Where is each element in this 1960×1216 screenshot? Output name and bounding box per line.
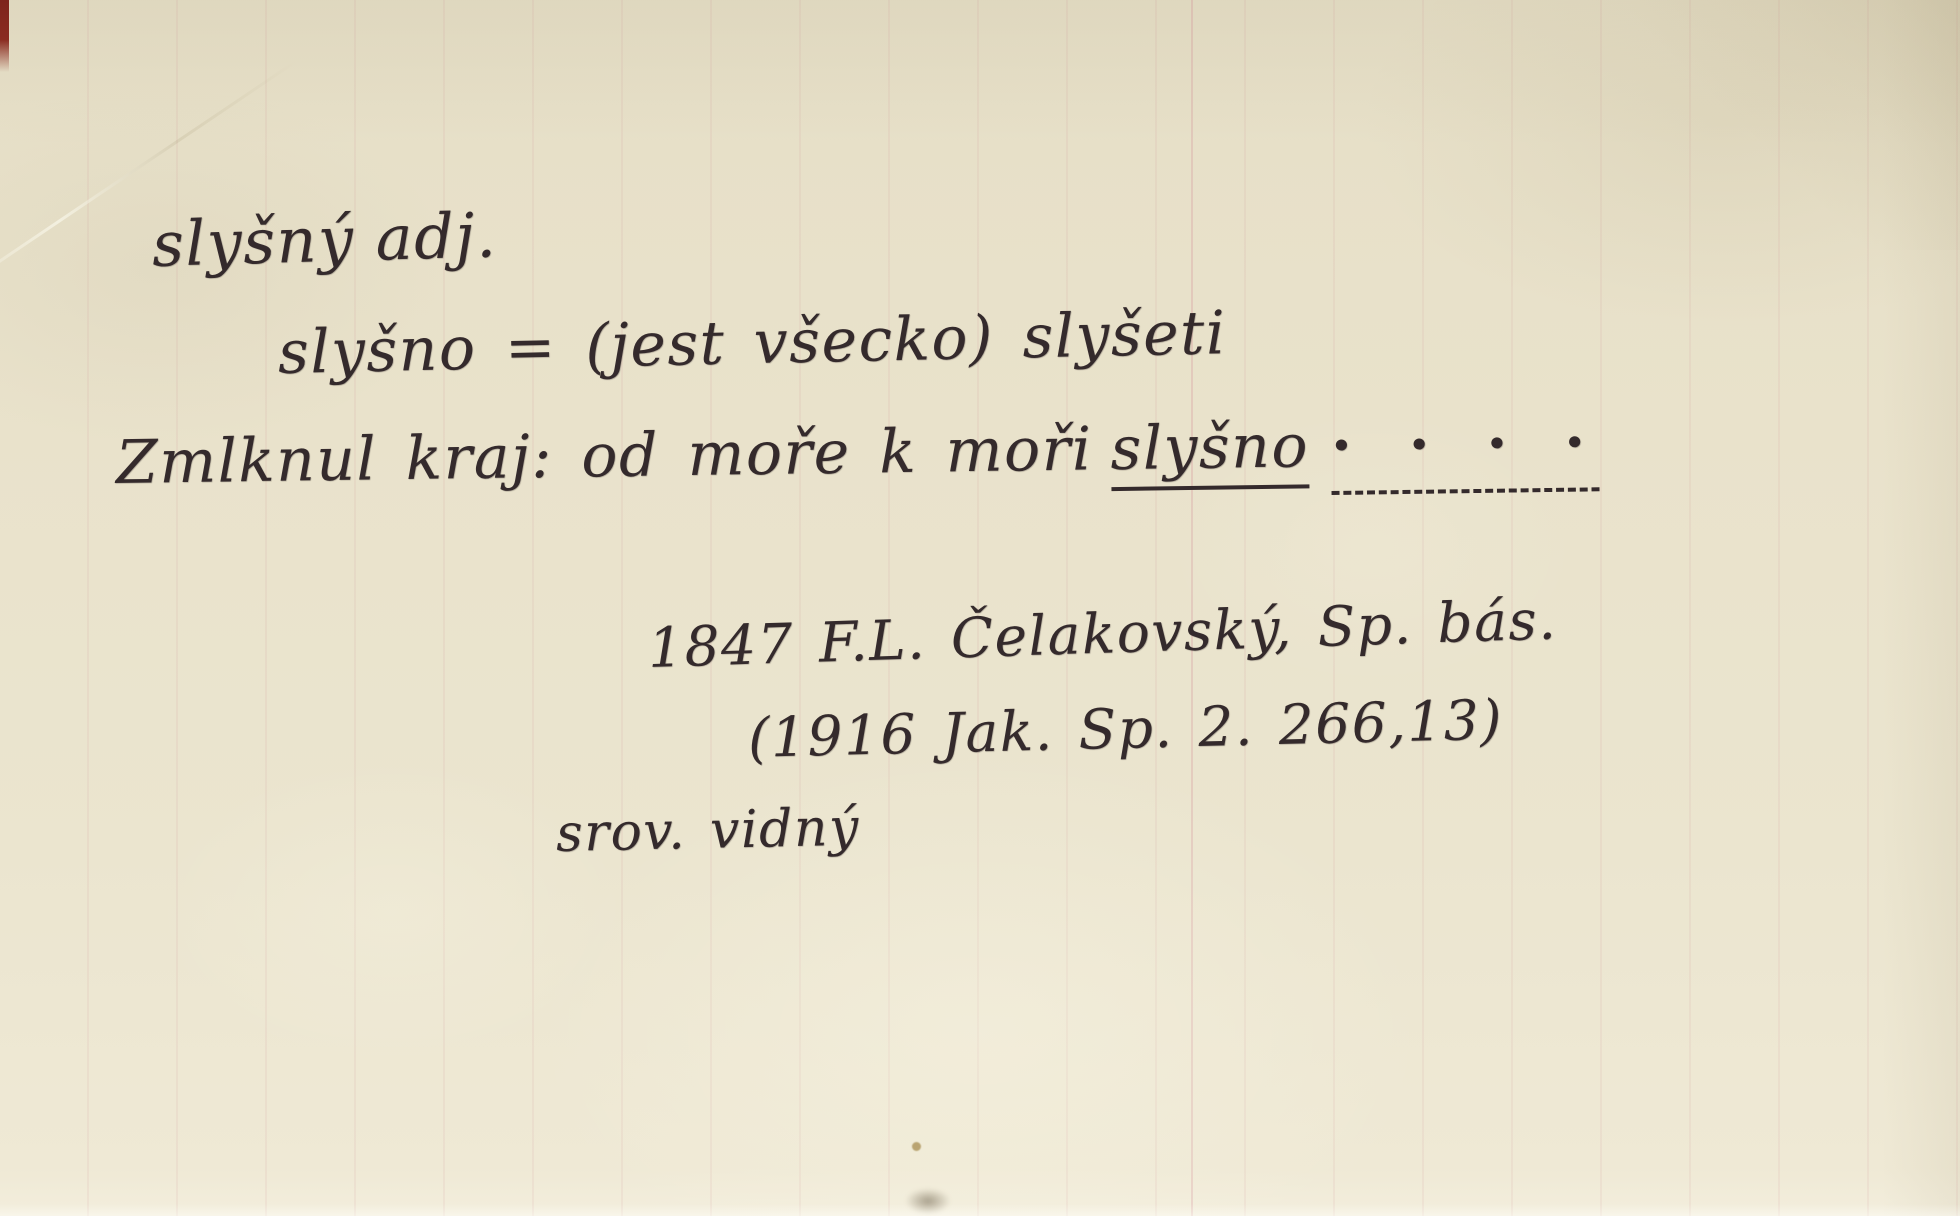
paper-fold-top-right bbox=[1630, 0, 1960, 250]
card-paper: slyšný adj. slyšno = (jest všecko) slyše… bbox=[0, 0, 1960, 1216]
cross-reference-line: srov. vidný bbox=[555, 798, 860, 864]
ink-smudge bbox=[905, 1188, 951, 1214]
gloss-line: slyšno = (jest všecko) slyšeti bbox=[277, 298, 1227, 388]
quotation-trailing-dots: · · · · bbox=[1330, 407, 1599, 495]
headword-line: slyšný adj. bbox=[151, 198, 498, 281]
paper-bottom-edge bbox=[0, 1204, 1960, 1216]
quotation-text: Zmlknul kraj: od moře k moři bbox=[116, 414, 1093, 498]
paper-speck bbox=[912, 1142, 921, 1151]
quotation-underlined-word: slyšno bbox=[1110, 411, 1309, 491]
corner-red-mark bbox=[0, 0, 9, 72]
quotation-line: Zmlknul kraj: od moře k mořislyšno· · · … bbox=[116, 407, 1600, 498]
citation-line: 1847 F.L. Čelakovský, Sp. bás. bbox=[647, 587, 1558, 680]
reference-line: (1916 Jak. Sp. 2. 266,13) bbox=[747, 688, 1504, 770]
